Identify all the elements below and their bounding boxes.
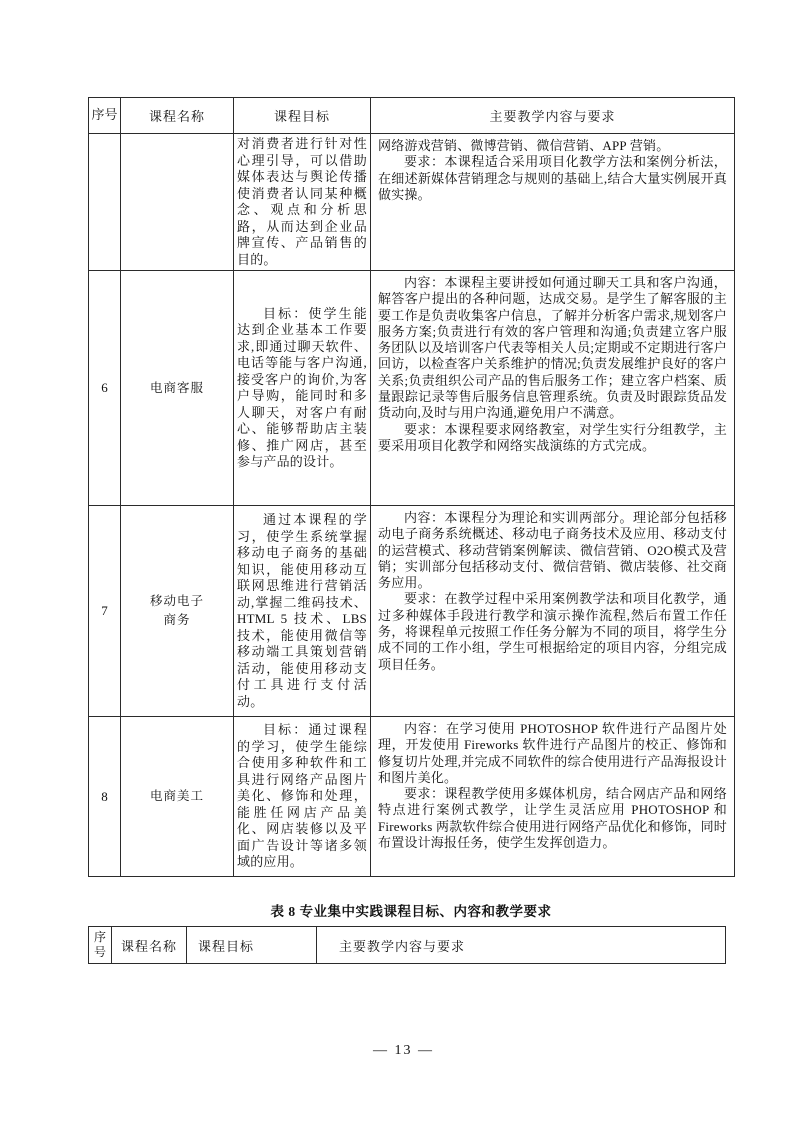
header-seq-no: 序号 [89, 98, 121, 134]
cell-seq-no: 8 [89, 717, 121, 877]
objective-paragraph: 通过本课程的学习，使学生系统掌握移动电子商务的基础知识，能使用移动互联网思维进行… [237, 512, 367, 710]
table-row: 对消费者进行针对性心理引导，可以借助媒体表达与舆论传播使消费者认同某种概念、观点… [89, 134, 735, 271]
header-seq-no: 序号 [89, 927, 112, 964]
header-teaching-content: 主要教学内容与要求 [317, 927, 726, 964]
table-header-row: 序号 课程名称 课程目标 主要教学内容与要求 [89, 927, 726, 964]
practice-course-table: 序号 课程名称 课程目标 主要教学内容与要求 [88, 926, 726, 964]
table-row: 6 电商客服 目标：使学生能达到企业基本工作要求,即通过聊天软件、电话等能与客户… [89, 271, 735, 506]
practice-table-section: 序号 课程名称 课程目标 主要教学内容与要求 [88, 926, 726, 964]
content-paragraph: 内容：在学习使用 PHOTOSHOP 软件进行产品图片处理，开发使用 Firew… [378, 721, 727, 786]
objective-paragraph: 目标：使学生能达到企业基本工作要求,即通过聊天软件、电话等能与客户沟通,接受客户… [237, 306, 367, 471]
content-paragraph: 内容：本课程分为理论和实训两部分。理论部分包括移动电子商务系统概述、移动电子商务… [378, 510, 727, 591]
header-teaching-content: 主要教学内容与要求 [371, 98, 735, 134]
table-row: 8 电商美工 目标：通过课程的学习，使学生能综合使用多种软件和工具进行网络产品图… [89, 717, 735, 877]
cell-teaching-content: 内容：在学习使用 PHOTOSHOP 软件进行产品图片处理，开发使用 Firew… [371, 717, 735, 877]
header-course-objective: 课程目标 [187, 927, 317, 964]
cell-teaching-content: 网络游戏营销、微博营销、微信营销、APP 营销。 要求：本课程适合采用项目化教学… [371, 134, 735, 271]
cell-course-name: 电商客服 [121, 271, 234, 506]
header-course-name: 课程名称 [121, 98, 234, 134]
cell-seq-no [89, 134, 121, 271]
cell-course-objective: 目标：使学生能达到企业基本工作要求,即通过聊天软件、电话等能与客户沟通,接受客户… [234, 271, 371, 506]
course-table: 序号 课程名称 课程目标 主要教学内容与要求 对消费者进行针对性心理引导，可以借… [88, 97, 735, 877]
table8-caption: 表 8 专业集中实践课程目标、内容和教学要求 [88, 900, 734, 920]
cell-course-name [121, 134, 234, 271]
cell-course-name: 移动电子商务 [121, 506, 234, 717]
table-header-row: 序号 课程名称 课程目标 主要教学内容与要求 [89, 98, 735, 134]
cell-seq-no: 6 [89, 271, 121, 506]
cell-seq-no: 7 [89, 506, 121, 717]
cell-teaching-content: 内容：本课程主要讲授如何通过聊天工具和客户沟通，解答客户提出的各种问题，达成交易… [371, 271, 735, 506]
header-course-objective: 课程目标 [234, 98, 371, 134]
cell-course-objective: 目标：通过课程的学习，使学生能综合使用多种软件和工具进行网络产品图片美化、修饰和… [234, 717, 371, 877]
cell-course-name: 电商美工 [121, 717, 234, 877]
content-paragraph: 网络游戏营销、微博营销、微信营销、APP 营销。 [378, 138, 727, 154]
header-course-name: 课程名称 [112, 927, 187, 964]
table-row: 7 移动电子商务 通过本课程的学习，使学生系统掌握移动电子商务的基础知识，能使用… [89, 506, 735, 717]
cell-course-objective: 通过本课程的学习，使学生系统掌握移动电子商务的基础知识，能使用移动互联网思维进行… [234, 506, 371, 717]
requirement-paragraph: 要求：本课程适合采用项目化教学方法和案例分析法，在细述新媒体营销理念与规则的基础… [378, 154, 727, 203]
cell-course-objective: 对消费者进行针对性心理引导，可以借助媒体表达与舆论传播使消费者认同某种概念、观点… [234, 134, 371, 271]
course-table-section: 序号 课程名称 课程目标 主要教学内容与要求 对消费者进行针对性心理引导，可以借… [88, 97, 735, 877]
content-paragraph: 内容：本课程主要讲授如何通过聊天工具和客户沟通，解答客户提出的各种问题，达成交易… [378, 275, 727, 422]
objective-paragraph: 目标：通过课程的学习，使学生能综合使用多种软件和工具进行网络产品图片美化、修饰和… [237, 722, 367, 871]
requirement-paragraph: 要求：课程教学使用多媒体机房，结合网店产品和网络特点进行案例式教学，让学生灵活应… [378, 786, 727, 851]
objective-paragraph: 对消费者进行针对性心理引导，可以借助媒体表达与舆论传播使消费者认同某种概念、观点… [237, 136, 367, 268]
requirement-paragraph: 要求：在教学过程中采用案例教学法和项目化教学，通过多种媒体手段进行教学和演示操作… [378, 591, 727, 672]
cell-teaching-content: 内容：本课程分为理论和实训两部分。理论部分包括移动电子商务系统概述、移动电子商务… [371, 506, 735, 717]
page-number: — 13 — [0, 1043, 793, 1059]
requirement-paragraph: 要求：本课程要求网络教室，对学生实行分组教学，主要采用项目化教学和网络实战演练的… [378, 422, 727, 455]
